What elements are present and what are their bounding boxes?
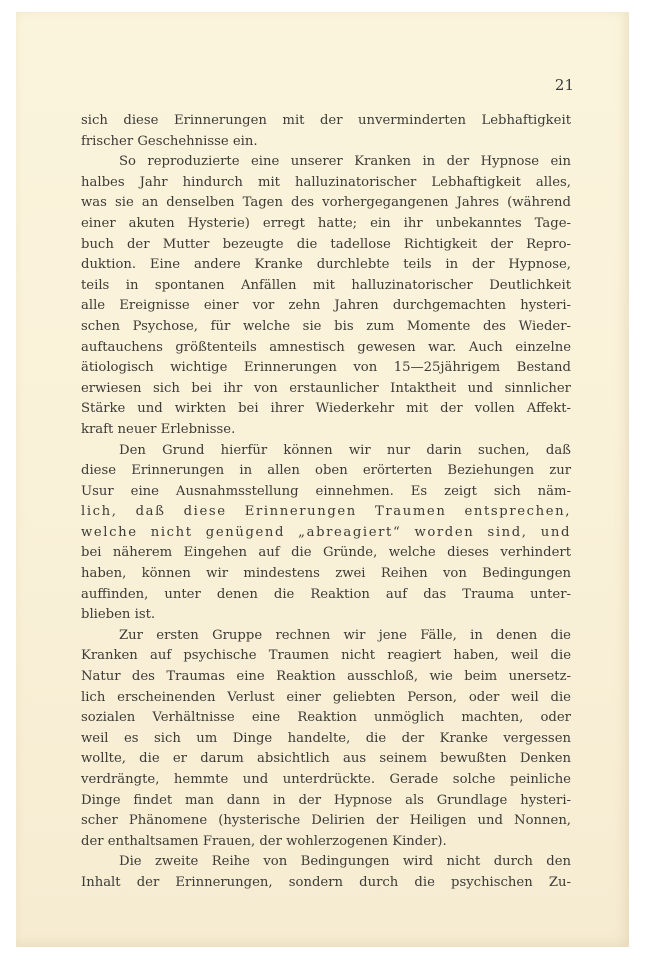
text-line: was sie an denselben Tagen des vorhergeg…: [81, 193, 571, 214]
text-line-spaced: welche nicht genügend „abreagiert“ worde…: [81, 523, 571, 544]
text-line: Stärke und wirkten bei ihrer Wiederkehr …: [81, 399, 571, 420]
page-number: 21: [506, 76, 574, 94]
text-line: Usur eine Ausnahmsstellung einnehmen. Es…: [81, 482, 571, 503]
text-line: buch der Mutter bezeugte die tadellose R…: [81, 235, 571, 256]
text-line: Dinge findet man dann in der Hypnose als…: [81, 791, 571, 812]
book-page: 21 sich diese Erinnerungen mit der unver…: [16, 12, 629, 947]
text-line: Kranken auf psychische Traumen nicht rea…: [81, 646, 571, 667]
text-line: verdrängte, hemmte und unterdrückte. Ger…: [81, 770, 571, 791]
paragraph-start-line: So reproduzierte eine unserer Kranken in…: [81, 152, 571, 173]
text-line: frischer Geschehnisse ein.: [81, 132, 571, 153]
paragraph-start-line: Zur ersten Gruppe rechnen wir jene Fälle…: [81, 626, 571, 647]
text-line-spaced: lich, daß diese Erinnerungen Traumen ent…: [81, 502, 571, 523]
text-line: wollte, die er darum absichtlich aus sei…: [81, 749, 571, 770]
text-line: scher Phänomene (hysterische Delirien de…: [81, 811, 571, 832]
paragraph-start-line: Die zweite Reihe von Bedingungen wird ni…: [81, 852, 571, 873]
text-line: erwiesen sich bei ihr von erstaunlicher …: [81, 379, 571, 400]
body-text: sich diese Erinnerungen mit der unvermin…: [81, 111, 571, 894]
text-line: der enthaltsamen Frauen, der wohlerzogen…: [81, 832, 571, 853]
text-line: kraft neuer Erlebnisse.: [81, 420, 571, 441]
text-line: weil es sich um Dinge handelte, die der …: [81, 729, 571, 750]
text-line: duktion. Eine andere Kranke durchlebte t…: [81, 255, 571, 276]
text-line: sich diese Erinnerungen mit der unvermin…: [81, 111, 571, 132]
text-line: haben, können wir mindestens zwei Reihen…: [81, 564, 571, 585]
text-line: bei näherem Eingehen auf die Gründe, wel…: [81, 543, 571, 564]
paragraph-start-line: Den Grund hierfür können wir nur darin s…: [81, 441, 571, 462]
text-line: teils in spontanen Anfällen mit halluzin…: [81, 276, 571, 297]
text-line: Natur des Traumas eine Reaktion ausschlo…: [81, 667, 571, 688]
text-line: auftauchens größtenteils amnestisch gewe…: [81, 338, 571, 359]
text-line: ätiologisch wichtige Erinnerungen von 15…: [81, 358, 571, 379]
text-line: schen Psychose, für welche sie bis zum M…: [81, 317, 571, 338]
text-line: lich erscheinenden Verlust einer geliebt…: [81, 688, 571, 709]
text-line: alle Ereignisse einer vor zehn Jahren du…: [81, 296, 571, 317]
text-line: auffinden, unter denen die Reaktion auf …: [81, 585, 571, 606]
text-line: Inhalt der Erinnerungen, sondern durch d…: [81, 873, 571, 894]
text-line: diese Erinnerungen in allen oben erörter…: [81, 461, 571, 482]
text-line: halbes Jahr hindurch mit halluzinatorisc…: [81, 173, 571, 194]
text-line: einer akuten Hysterie) erregt hatte; ein…: [81, 214, 571, 235]
text-line: blieben ist.: [81, 605, 571, 626]
text-line: sozialen Verhältnisse eine Reaktion unmö…: [81, 708, 571, 729]
